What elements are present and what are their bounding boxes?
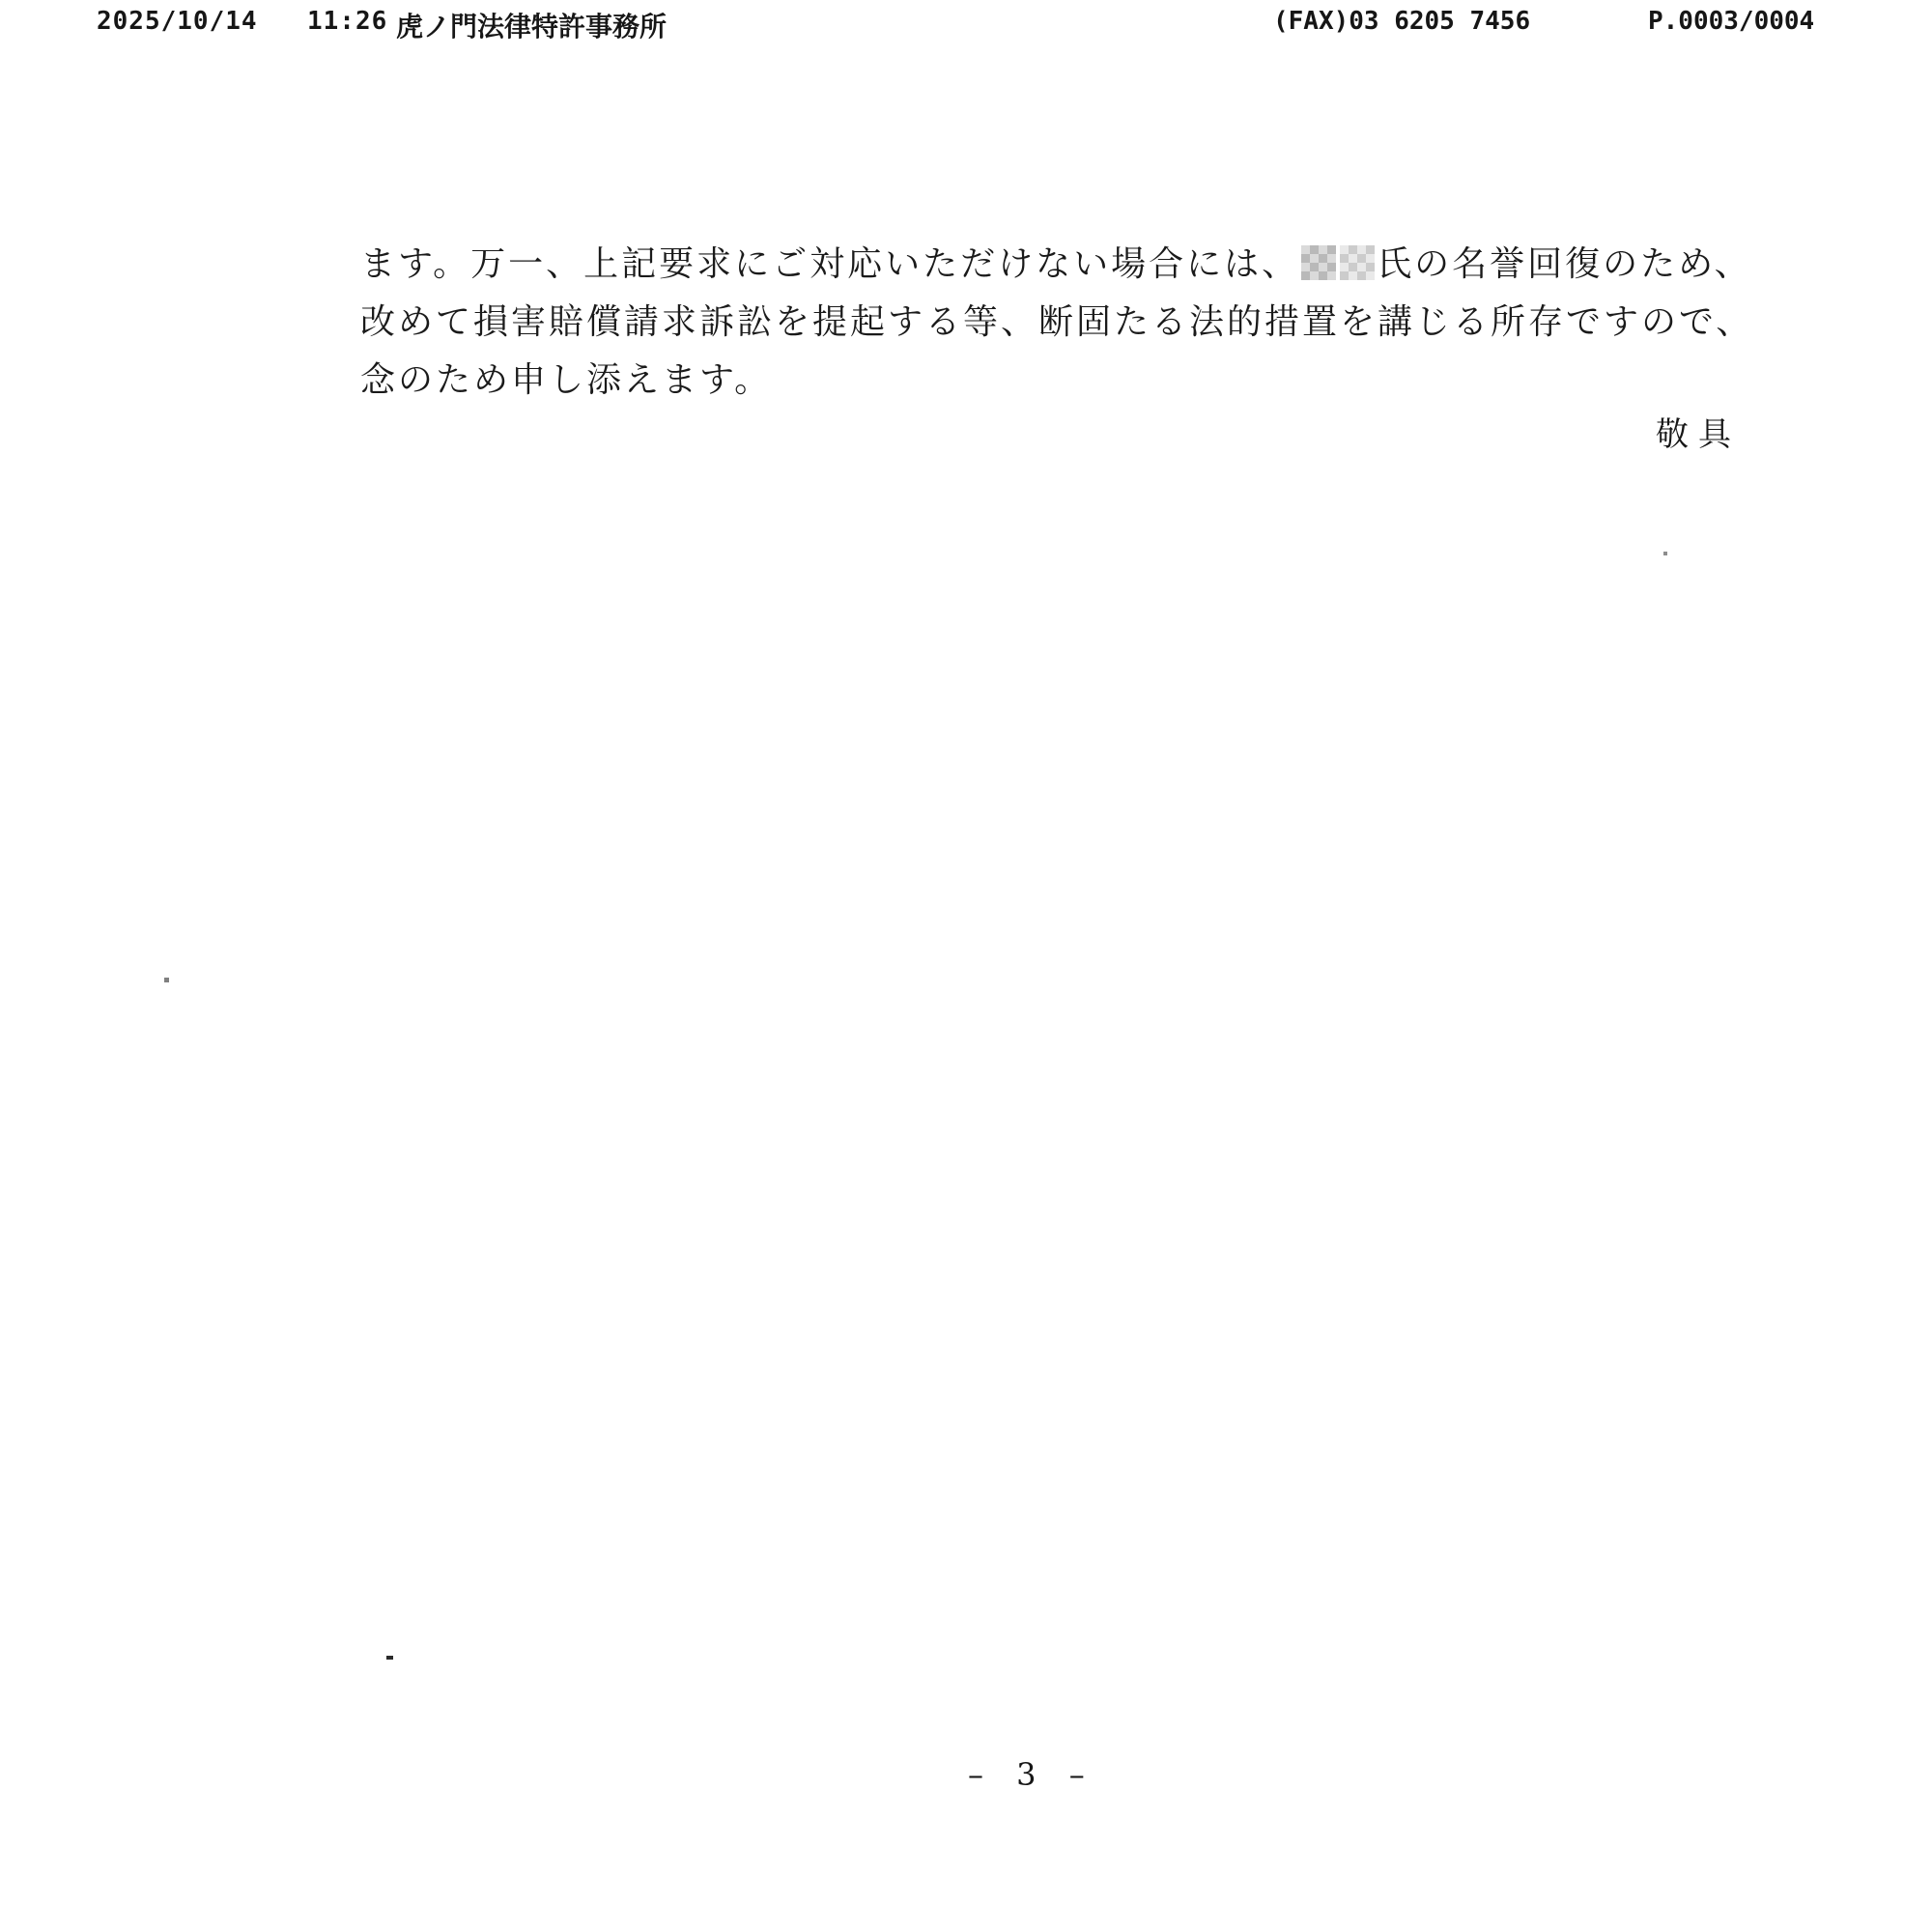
fax-time: 11:26 (307, 7, 387, 36)
fax-transmission-header: 2025/10/14 11:26 虎ノ門法律特許事務所 (FAX)03 6205… (0, 0, 1932, 43)
letter-line-1-before-redaction: ます。万一、上記要求にご対応いただけない場合には、 (360, 244, 1299, 284)
fax-sender-name: 虎ノ門法律特許事務所 (396, 6, 667, 44)
page-number: – 3 – (968, 1756, 1096, 1793)
redacted-name-mosaic-1 (1301, 245, 1336, 280)
fax-number: (FAX)03 6205 7456 (1273, 7, 1530, 36)
letter-closing: 敬具 (1656, 408, 1741, 455)
scan-artifact-dot (1663, 552, 1667, 555)
letter-line-2: 改めて損害賠償請求訴訟を提起する等、断固たる法的措置を講じる所存ですので、 (360, 294, 1771, 352)
scan-artifact-dash (386, 1656, 393, 1660)
letter-line-3: 念のため申し添えます。 (360, 352, 1771, 410)
fax-date: 2025/10/14 (97, 7, 258, 36)
letter-body: ます。万一、上記要求にご対応いただけない場合には、氏の名誉回復のため、 改めて損… (360, 236, 1771, 410)
scan-artifact-dot (164, 978, 169, 982)
letter-line-1-after-redaction: 氏の名誉回復のため、 (1377, 244, 1752, 284)
fax-document-page: 2025/10/14 11:26 虎ノ門法律特許事務所 (FAX)03 6205… (0, 0, 1932, 1932)
fax-page-indicator: P.0003/0004 (1648, 7, 1814, 36)
letter-line-1: ます。万一、上記要求にご対応いただけない場合には、氏の名誉回復のため、 (360, 236, 1771, 294)
redacted-name-mosaic-2 (1340, 245, 1375, 280)
